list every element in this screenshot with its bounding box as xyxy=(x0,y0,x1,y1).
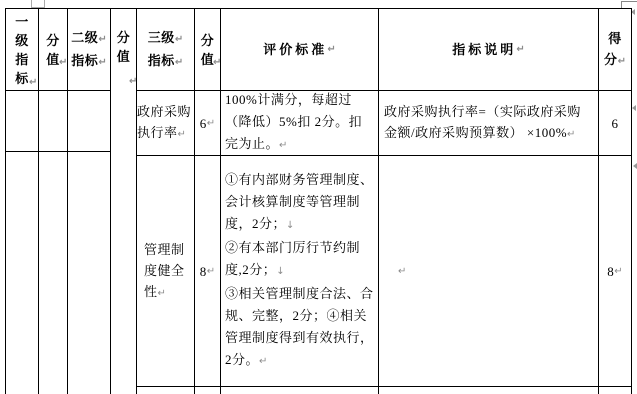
paragraph-mark: ↵ xyxy=(207,261,215,282)
score-value: 8 xyxy=(607,261,614,282)
points-value: 6 xyxy=(200,113,207,134)
paragraph-mark: ↵ xyxy=(29,72,37,93)
header-label: 得 xyxy=(608,31,622,46)
paragraph-mark: ↵ xyxy=(516,39,524,60)
criteria-text: ③相关管理制度合法、合规、完整，2分；④相关管理制度得到有效执行，2分。 xyxy=(225,286,374,367)
paragraph-mark: ↵ xyxy=(98,57,106,68)
paragraph-mark: ↵ xyxy=(614,261,622,282)
cell-indicator-row1[interactable]: 政府采购执行率↵ xyxy=(137,91,194,155)
grid-line xyxy=(5,151,111,152)
header-label: 指标说明 xyxy=(452,39,516,60)
criteria-text: ①有内部财务管理制度、会计核算制度等管理制度，2分； xyxy=(225,172,374,231)
paragraph-mark: ↵ xyxy=(207,113,215,134)
document-page: 一级指标 ↵ 分值 ↵ 二级↵ 指标↵ 分值 ↵ 三级↵ 指标↵ 分值 ↵ 评价… xyxy=(0,0,637,394)
grid-line xyxy=(631,8,632,394)
cell-score-row1[interactable]: 6 xyxy=(599,91,631,155)
header-cell-score[interactable]: 得 分↵ xyxy=(599,9,631,90)
header-label: 分值 xyxy=(116,28,131,66)
header-cell-criteria[interactable]: 评价标准↵ xyxy=(221,9,378,90)
paragraph-mark: ↵ xyxy=(279,140,287,151)
header-label: 指标 xyxy=(148,53,175,68)
header-cell-points-1[interactable]: 分值 ↵ xyxy=(39,9,67,90)
grid-line xyxy=(136,386,632,387)
header-cell-level2-indicator[interactable]: 二级↵ 指标↵ xyxy=(68,9,110,90)
paragraph-mark: ↵ xyxy=(158,288,166,299)
grid-line xyxy=(5,90,111,91)
cropped-content-artifact-right xyxy=(621,1,637,8)
criteria-text: ②有本部门厉行节约制度,2分； xyxy=(225,240,360,277)
header-label: 三级 xyxy=(148,30,175,45)
score-value: 6 xyxy=(612,113,619,134)
paragraph-mark: ↵ xyxy=(567,129,575,140)
header-cell-points-3[interactable]: 分值 ↵ xyxy=(195,9,220,90)
cell-points-row2[interactable]: 8↵ xyxy=(195,156,220,386)
header-label: 评价标准 xyxy=(263,39,327,60)
header-cell-level3-indicator[interactable]: 三级↵ 指标↵ xyxy=(137,9,194,90)
points-value: 8 xyxy=(200,261,207,282)
cell-description-row2[interactable]: ↵ xyxy=(379,156,598,386)
header-cell-level1-indicator[interactable]: 一级指标 ↵ xyxy=(6,9,38,90)
criteria-text: 100%计满分，每超过（降低）5%扣 2分。扣完为止。 xyxy=(225,92,362,151)
cropped-content-artifact-left xyxy=(31,0,45,8)
paragraph-mark: ↵ xyxy=(175,34,183,45)
row-end-mark-icon xyxy=(633,163,637,169)
paragraph-mark: ↵ xyxy=(175,57,183,68)
description-text: 政府采购执行率=（实际政府采购金额/政府采购预算数） ×100% xyxy=(384,104,581,140)
cell-criteria-row1[interactable]: 100%计满分，每超过（降低）5%扣 2分。扣完为止。↵ xyxy=(221,91,378,155)
cell-score-row2[interactable]: 8↵ xyxy=(599,156,631,386)
header-label: 二级 xyxy=(71,30,98,45)
paragraph-mark: ↵ xyxy=(398,261,406,282)
cell-criteria-row2[interactable]: ①有内部财务管理制度、会计核算制度等管理制度，2分；↓ ②有本部门厉行节约制度,… xyxy=(221,156,378,386)
paragraph-mark: ↵ xyxy=(327,39,335,60)
line-break-mark: ↓ xyxy=(276,266,284,277)
paragraph-mark: ↵ xyxy=(178,129,186,140)
header-label: 一级指标 xyxy=(15,12,30,88)
header-label: 指标 xyxy=(71,53,98,68)
header-label: 分 xyxy=(604,52,618,67)
paragraph-mark: ↵ xyxy=(259,356,267,367)
line-break-mark: ↓ xyxy=(286,220,294,231)
paragraph-mark: ↵ xyxy=(59,52,67,73)
cell-description-row1[interactable]: 政府采购执行率=（实际政府采购金额/政府采购预算数） ×100%↵ xyxy=(379,91,598,155)
paragraph-mark: ↵ xyxy=(98,34,106,45)
cell-points-row1[interactable]: 6↵ xyxy=(195,91,220,155)
row-end-mark-icon xyxy=(632,105,636,111)
header-cell-description[interactable]: 指标说明↵ xyxy=(379,9,598,90)
header-cell-points-2[interactable]: 分值 ↵ xyxy=(111,9,136,129)
paragraph-mark: ↵ xyxy=(618,56,626,67)
cell-indicator-row2[interactable]: 管理制度健全性↵ xyxy=(137,156,194,386)
